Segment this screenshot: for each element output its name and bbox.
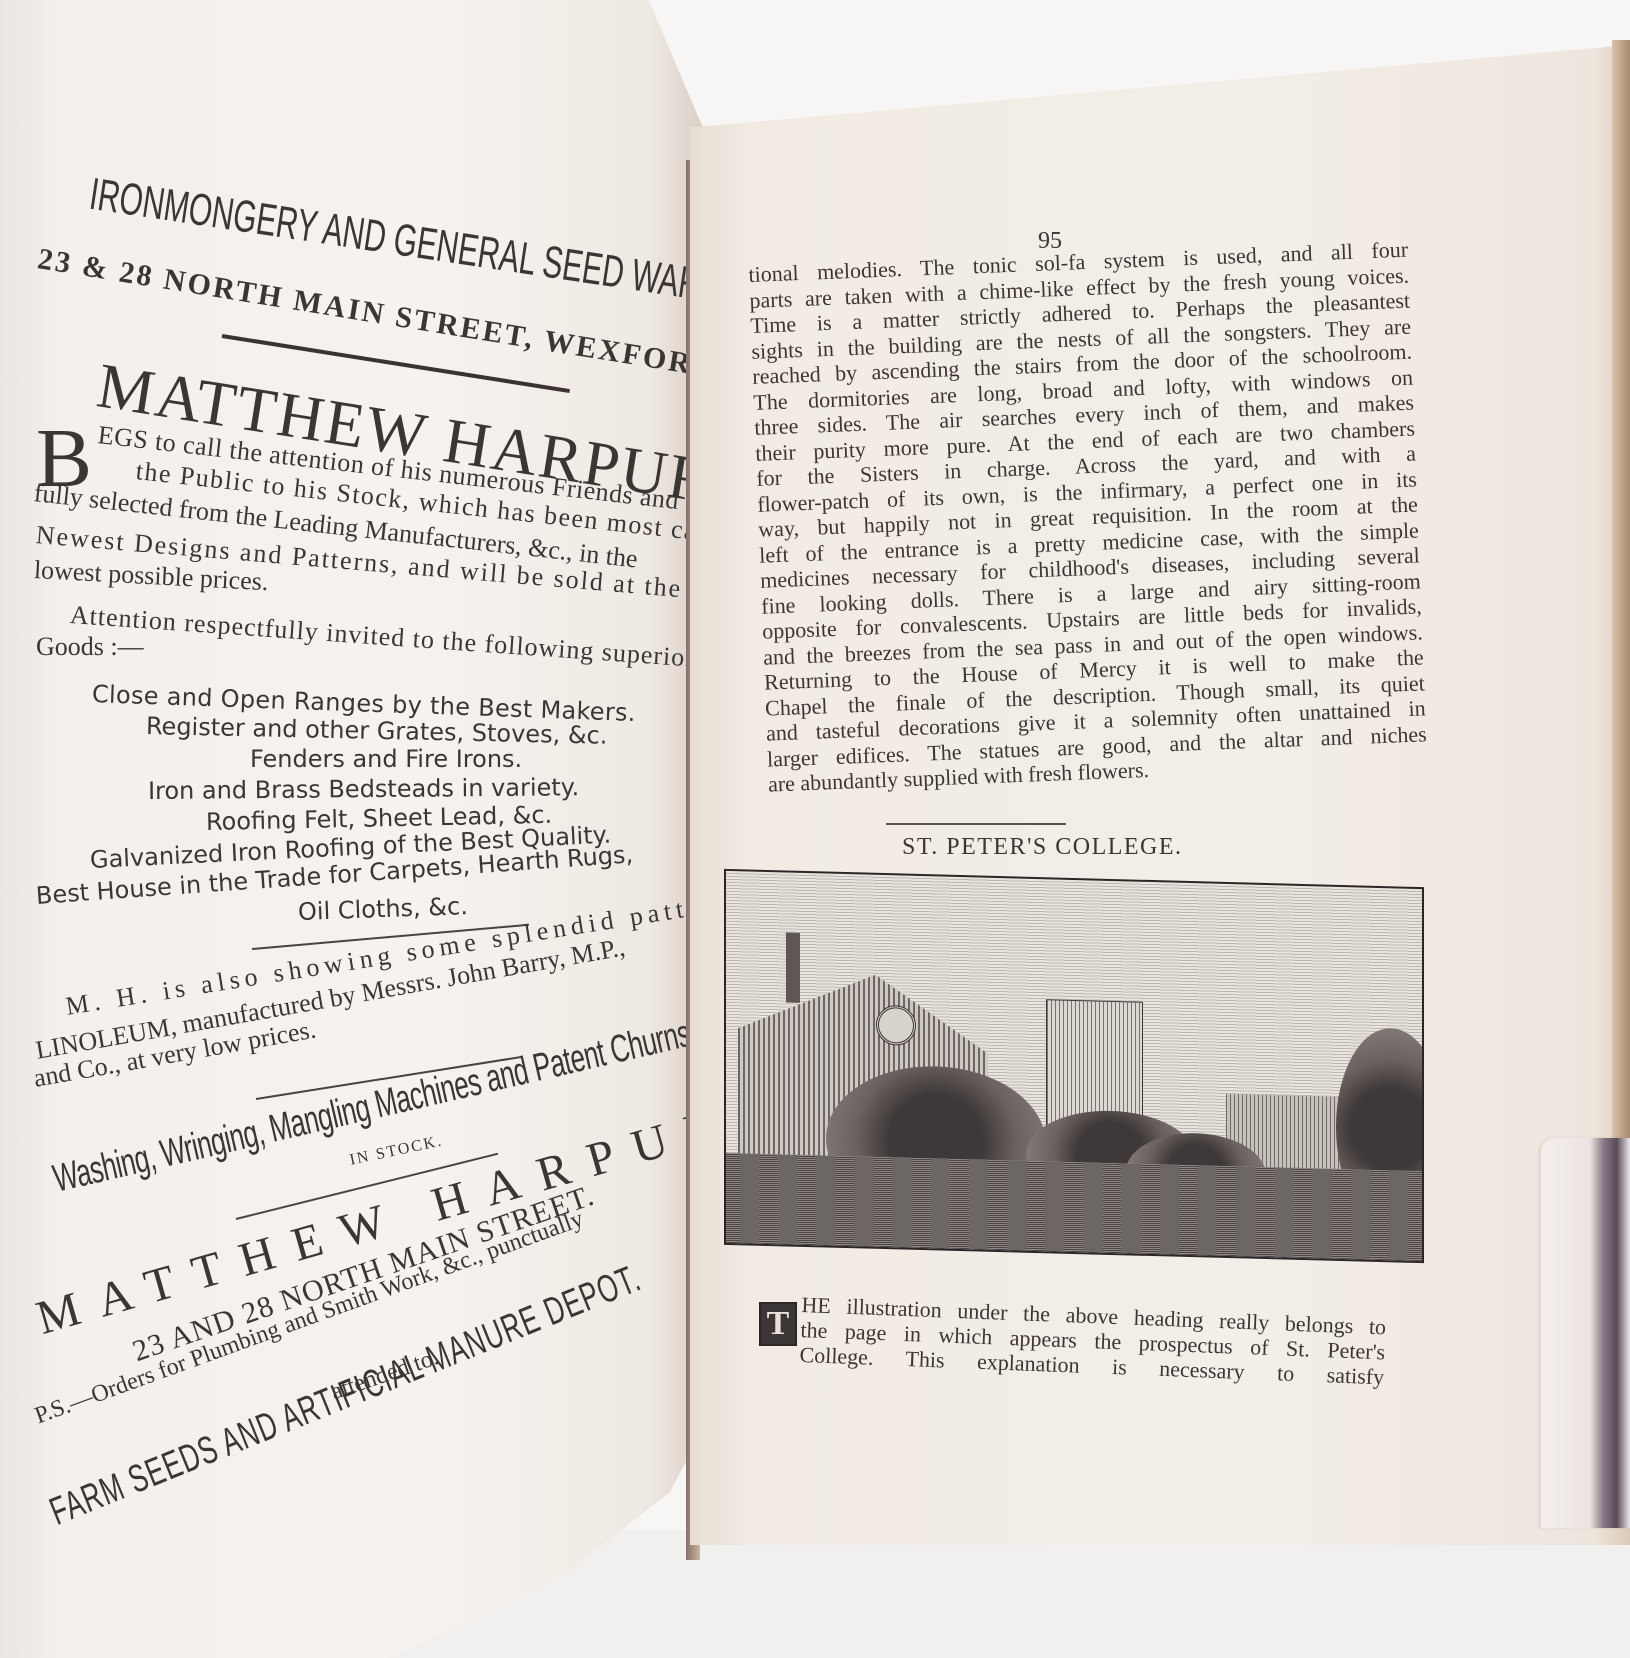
attention-line: Goods :— [36, 632, 144, 662]
college-illustration [724, 869, 1424, 1263]
bell-spire [786, 932, 800, 1002]
goods-item: Fenders and Fire Irons. [250, 745, 522, 773]
section-heading: ST. PETER'S COLLEGE. [902, 834, 1183, 861]
rose-window [876, 1005, 916, 1046]
goods-item: Oil Cloths, &c. [298, 892, 469, 926]
ornamental-dropcap: T [759, 1302, 797, 1346]
book-page-edges [1612, 40, 1630, 1160]
bookmark-card [1541, 1138, 1630, 1528]
body-text: tional melodies. The tonic sol-fa system… [748, 237, 1428, 797]
lawn [726, 1153, 1422, 1261]
goods-item: Iron and Brass Bedsteads in variety. [148, 773, 579, 805]
divider-rule [886, 823, 1066, 825]
